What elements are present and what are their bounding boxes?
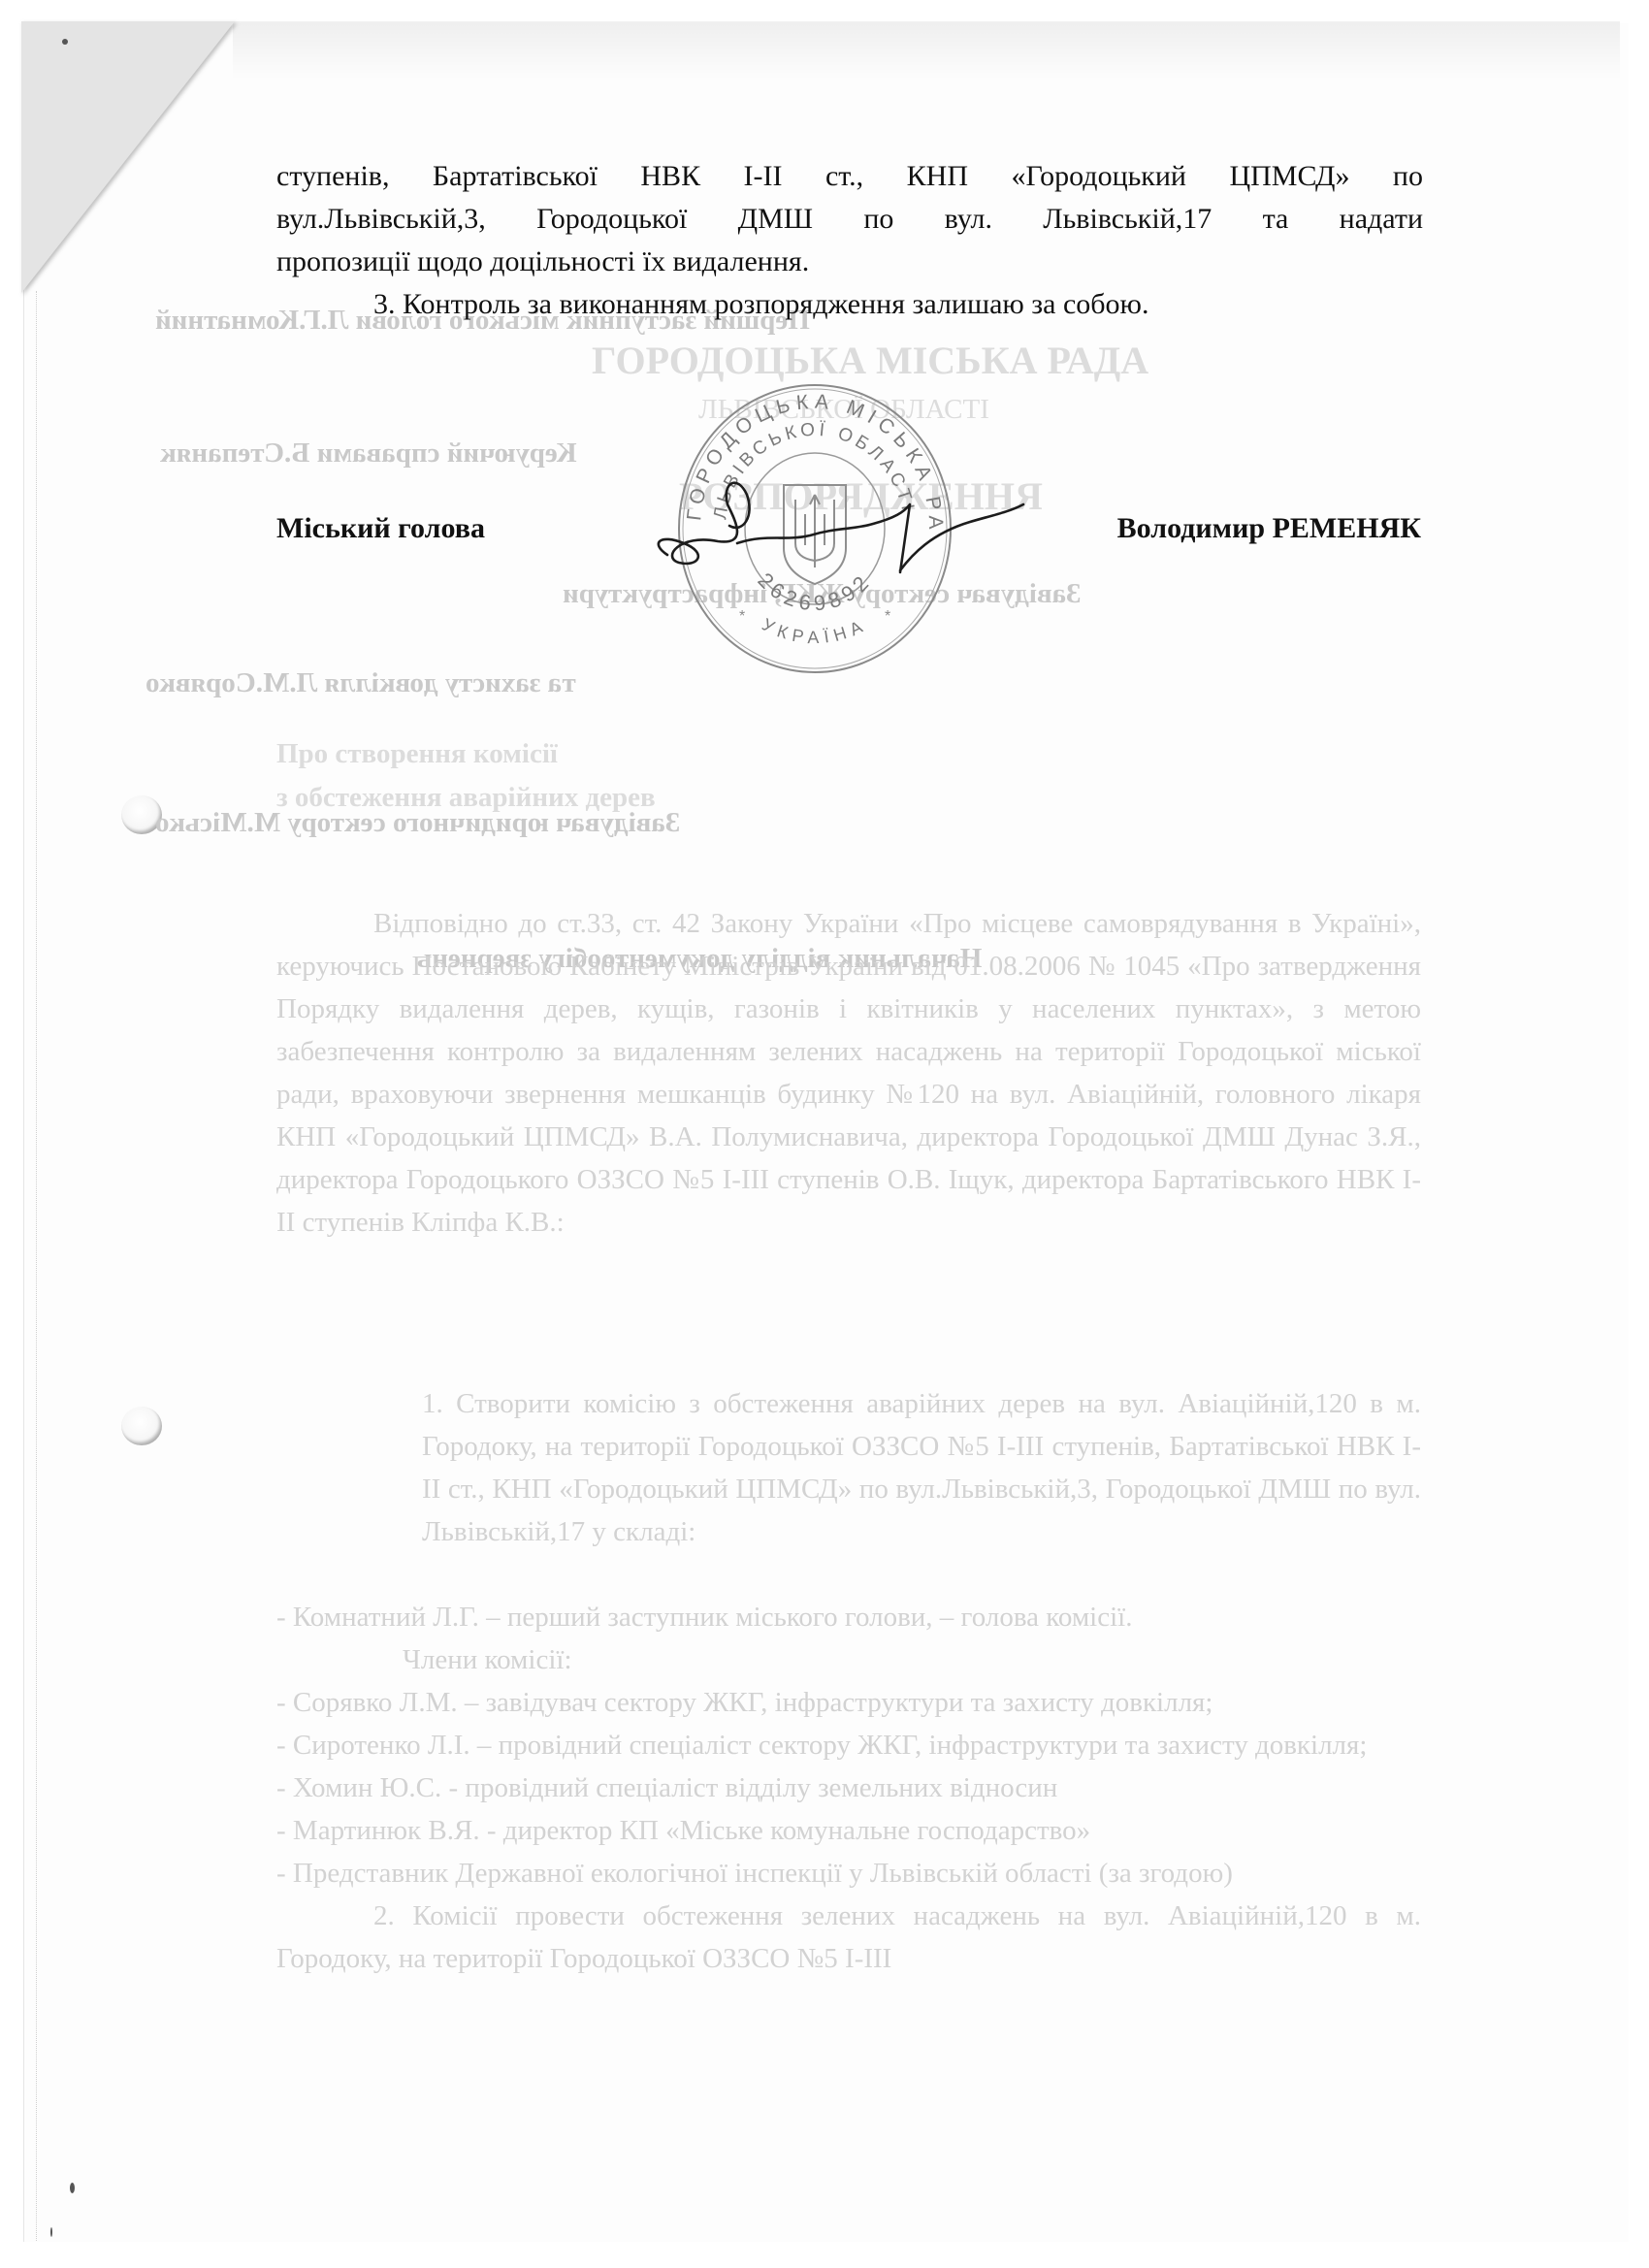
continuation-line: ступенів, Бартатівської НВК І-ІІ ст., КН… (276, 155, 1423, 198)
folded-corner (21, 21, 235, 293)
ghost-header: ГОРОДОЦЬКА МІСЬКА РАДА (592, 340, 1148, 382)
ghost-member: - Комнатний Л.Г. – перший заступник місь… (276, 1596, 1421, 1638)
ghost-member: Члени комісії: (276, 1638, 1421, 1681)
ghost-member: - Хомин Ю.С. - провідний спеціаліст відд… (276, 1766, 1421, 1809)
ghost-paragraph: 1. Створити комісію з обстеження аварійн… (276, 1382, 1421, 1553)
ghost-member: - Сиротенко Л.І. – провідний спеціаліст … (276, 1724, 1421, 1766)
ghost-member: - Мартинюк В.Я. - директор КП «Міське ко… (276, 1809, 1421, 1852)
dust-speck (70, 2183, 75, 2193)
continuation-line: пропозиції щодо доцільності їх видалення… (276, 241, 1423, 283)
svg-text:УКРАЇНА: УКРАЇНА (760, 614, 871, 647)
ghost-paragraph: Відповідно до ст.33, ст. 42 Закону Украї… (276, 902, 1421, 1244)
signature-block: Міський голова Володимир РЕМЕНЯК (276, 512, 1421, 555)
ghost-item-1: 1. Створити комісію з обстеження аварійн… (276, 1382, 1421, 1553)
dust-speck (50, 2227, 52, 2237)
signatory-name: Володимир РЕМЕНЯК (1117, 512, 1421, 545)
control-clause: 3. Контроль за виконанням розпорядження … (276, 283, 1423, 326)
svg-text:*: * (739, 608, 745, 625)
continuation-line: вул.Львівській,3, Городоцької ДМШ по вул… (276, 198, 1423, 241)
top-edge-shadow (233, 21, 1620, 80)
dust-speck (62, 39, 68, 45)
ghost-subject: Про створення комісії (276, 732, 558, 775)
ghost-body: Відповідно до ст.33, ст. 42 Закону Украї… (276, 902, 1421, 1244)
signatory-title: Міський голова (276, 512, 485, 545)
stamp-country: УКРАЇНА (760, 614, 871, 647)
ghost-mirrored-line: Завідувач юридичного сектору М.Місько (155, 801, 680, 844)
ghost-members: - Комнатний Л.Г. – перший заступник місь… (276, 1596, 1421, 1980)
ghost-member: - Представник Державної екологічної інсп… (276, 1852, 1421, 1895)
ghost-mirrored-line: та захисту довкілля Л.М.Сорявко (145, 662, 576, 704)
svg-text:*: * (885, 608, 890, 625)
ghost-mirrored-line: Керуючий справами Б.Степаняк (160, 432, 577, 474)
left-margin-line (36, 291, 37, 2241)
document-body: ступенів, Бартатівської НВК І-ІІ ст., КН… (276, 155, 1423, 326)
punch-hole-icon (121, 1407, 162, 1445)
ghost-paragraph: 2. Комісії провести обстеження зелених н… (276, 1895, 1421, 1980)
ghost-member: - Сорявко Л.М. – завідувач сектору ЖКГ, … (276, 1681, 1421, 1724)
